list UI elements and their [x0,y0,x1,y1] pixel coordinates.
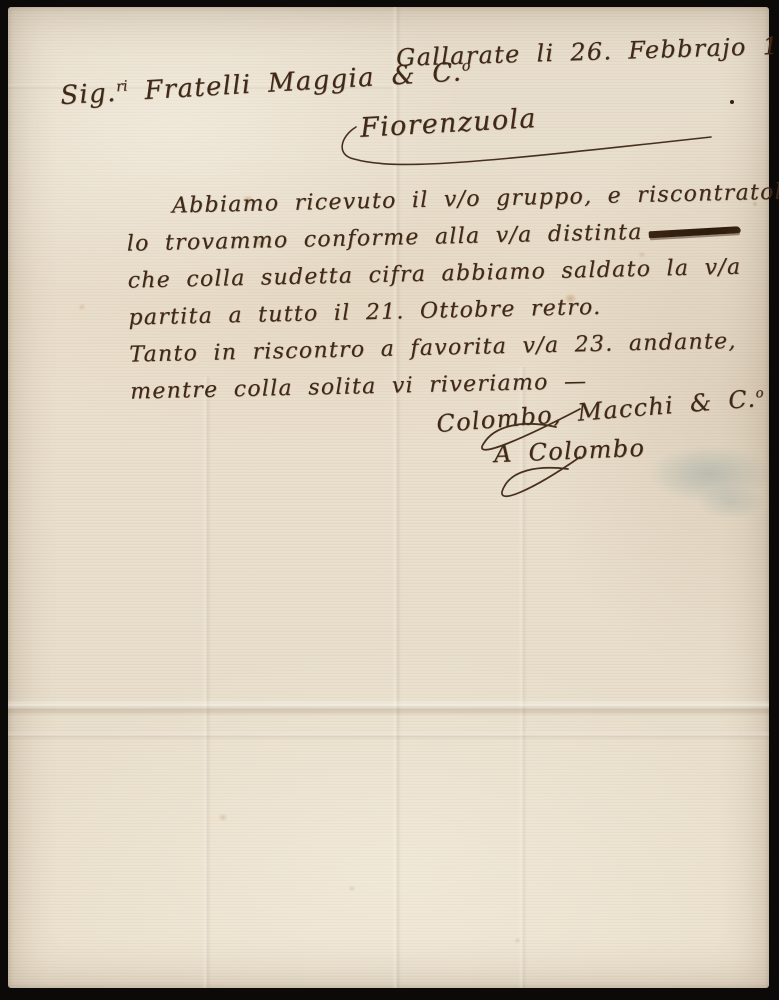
fold-crease-horizontal-main [8,699,769,716]
addressee-salutation: Sig. [59,78,117,111]
signature-ampersand: & [689,388,714,418]
addressee-company-abbr: C. [431,57,463,89]
body-line-text: partita a tutto il 21. Ottobre retro. [128,295,602,331]
addressee-name: Fratelli Maggia [144,63,376,107]
foxing-spot [78,303,86,311]
letter-paper: Gallarate li 26. Febbrajo 1857. Sig.ri F… [8,7,769,988]
signature-company-abbr: C. [727,385,757,415]
addressee-salutation-superscript: ri [116,79,128,96]
gray-smudge-stain-small [696,485,766,519]
signature-company-superscript: o [755,386,764,402]
body-line-text: lo trovammo conforme alla v/a distinta [127,220,643,257]
addressee-company-superscript: o [461,58,471,74]
addressee-ampersand: & [390,60,416,91]
scan-background: { "document_type": "handwritten letter (… [0,0,779,1000]
foxing-spot [348,885,356,892]
addressee-line: Sig.ri Fratelli Maggia & C.o [59,57,471,111]
foxing-spot [514,937,521,944]
struck-out-word [649,226,741,238]
fold-crease-horizontal-faint [8,731,769,740]
fold-crease-vertical-left [202,377,211,988]
letter-body: Abbiamo ricevuto il v/o gruppo, e riscon… [126,173,779,410]
body-line-text: mentre colla solita vi riveriamo — [130,369,588,404]
foxing-spot [218,813,228,822]
ink-dot [730,100,734,104]
signature-person-flourish [484,455,624,513]
flourish-underline [326,125,716,177]
